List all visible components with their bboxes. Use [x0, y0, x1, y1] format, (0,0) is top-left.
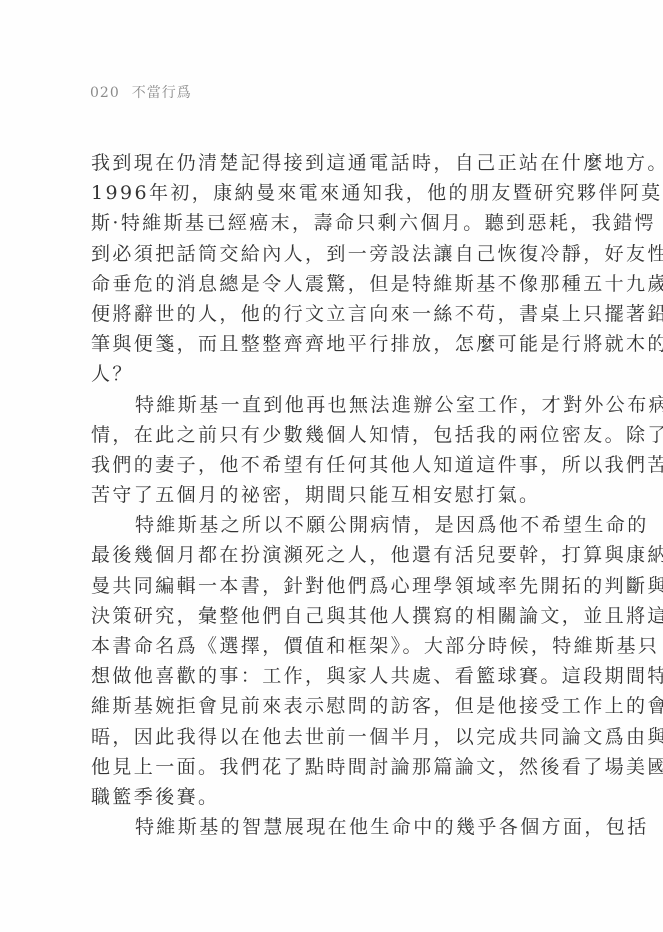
text-line: 筆與便箋，而且整整齊齊地平行排放，怎麼可能是行將就木的 [91, 329, 551, 359]
text-line: 情，在此之前只有少數幾個人知情，包括我的兩位密友。除了 [91, 420, 551, 450]
body-text: 我到現在仍清楚記得接到這通電話時，自己正站在什麼地方。 1996年初，康納曼來電… [91, 148, 551, 842]
text-line: 我到現在仍清楚記得接到這通電話時，自己正站在什麼地方。 [91, 148, 551, 178]
text-line: 特維斯基之所以不願公開病情，是因爲他不希望生命的 [91, 510, 551, 540]
text-line: 最後幾個月都在扮演瀕死之人，他還有活兒要幹，打算與康納 [91, 540, 551, 570]
text-line: 特維斯基的智慧展現在他生命中的幾乎各個方面，包括 [91, 812, 551, 842]
text-line: 特維斯基一直到他再也無法進辦公室工作，才對外公布病 [91, 390, 551, 420]
text-line: 曼共同編輯一本書，針對他們爲心理學領域率先開拓的判斷與 [91, 571, 551, 601]
text-line: 1996年初，康納曼來電來通知我，他的朋友暨研究夥伴阿莫 [91, 178, 551, 208]
text-line: 苦守了五個月的祕密，期間只能互相安慰打氣。 [91, 480, 551, 510]
text-line: 本書命名爲《選擇，價值和框架》。大部分時候，特維斯基只 [91, 631, 551, 661]
text-line: 維斯基婉拒會見前來表示慰問的訪客，但是他接受工作上的會 [91, 691, 551, 721]
text-line: 命垂危的消息總是令人震驚，但是特維斯基不像那種五十九歲 [91, 269, 551, 299]
text-line: 斯·特維斯基已經癌末，壽命只剩六個月。聽到惡耗，我錯愕 [91, 208, 551, 238]
chapter-title: 不當行爲 [132, 85, 192, 101]
text-line: 晤，因此我得以在他去世前一個半月，以完成共同論文爲由與 [91, 722, 551, 752]
text-line: 決策研究，彙整他們自己與其他人撰寫的相關論文，並且將這 [91, 601, 551, 631]
page-number: 020 [90, 85, 120, 101]
running-head: 020不當行爲 [90, 82, 192, 102]
text-line: 想做他喜歡的事：工作，與家人共處、看籃球賽。這段期間特 [91, 661, 551, 691]
text-line: 職籃季後賽。 [91, 782, 551, 812]
book-page: 020不當行爲 我到現在仍清楚記得接到這通電話時，自己正站在什麼地方。 1996… [0, 0, 663, 932]
text-line: 到必須把話筒交給內人，到一旁設法讓自己恢復冷靜，好友性 [91, 239, 551, 269]
text-line: 他見上一面。我們花了點時間討論那篇論文，然後看了場美國 [91, 752, 551, 782]
text-line: 便將辭世的人，他的行文立言向來一絲不苟，書桌上只擺著鉛 [91, 299, 551, 329]
text-line: 人？ [91, 359, 551, 389]
text-line: 我們的妻子，他不希望有任何其他人知道這件事，所以我們苦 [91, 450, 551, 480]
